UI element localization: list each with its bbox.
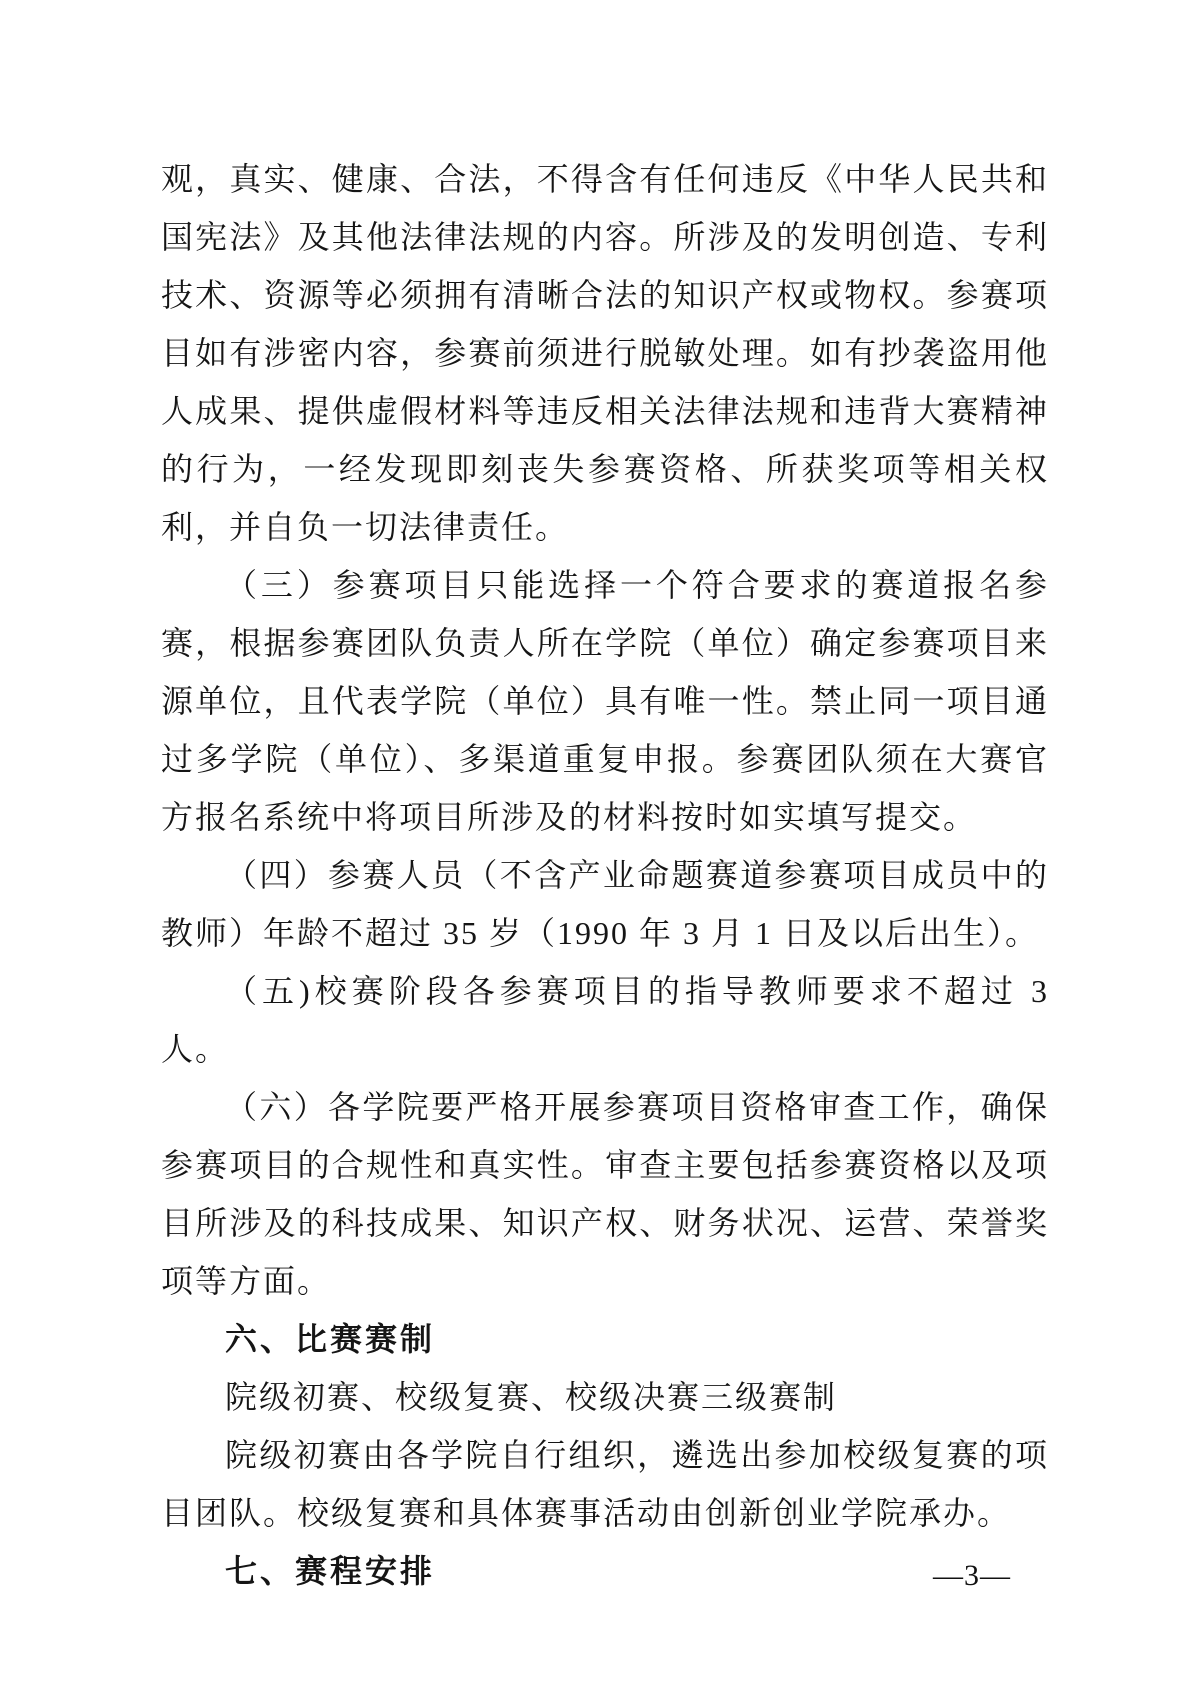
- page-number: —3—: [933, 1556, 1011, 1596]
- section-heading: 七、赛程安排: [161, 1542, 1049, 1600]
- paragraph: （五)校赛阶段各参赛项目的指导教师要求不超过 3 人。: [161, 962, 1049, 1078]
- paragraph: （四）参赛人员（不含产业命题赛道参赛项目成员中的教师）年龄不超过 35 岁（19…: [161, 846, 1049, 962]
- document-page: 观，真实、健康、合法，不得含有任何违反《中华人民共和国宪法》及其他法律法规的内容…: [0, 0, 1191, 1684]
- paragraph: 院级初赛、校级复赛、校级决赛三级赛制: [161, 1368, 1049, 1426]
- paragraph: （三）参赛项目只能选择一个符合要求的赛道报名参赛，根据参赛团队负责人所在学院（单…: [161, 556, 1049, 846]
- section-heading: 六、比赛赛制: [161, 1310, 1049, 1368]
- document-body: 观，真实、健康、合法，不得含有任何违反《中华人民共和国宪法》及其他法律法规的内容…: [161, 150, 1049, 1600]
- paragraph: 院级初赛由各学院自行组织，遴选出参加校级复赛的项目团队。校级复赛和具体赛事活动由…: [161, 1426, 1049, 1542]
- paragraph: （六）各学院要严格开展参赛项目资格审查工作，确保参赛项目的合规性和真实性。审查主…: [161, 1078, 1049, 1310]
- paragraph: 观，真实、健康、合法，不得含有任何违反《中华人民共和国宪法》及其他法律法规的内容…: [161, 150, 1049, 556]
